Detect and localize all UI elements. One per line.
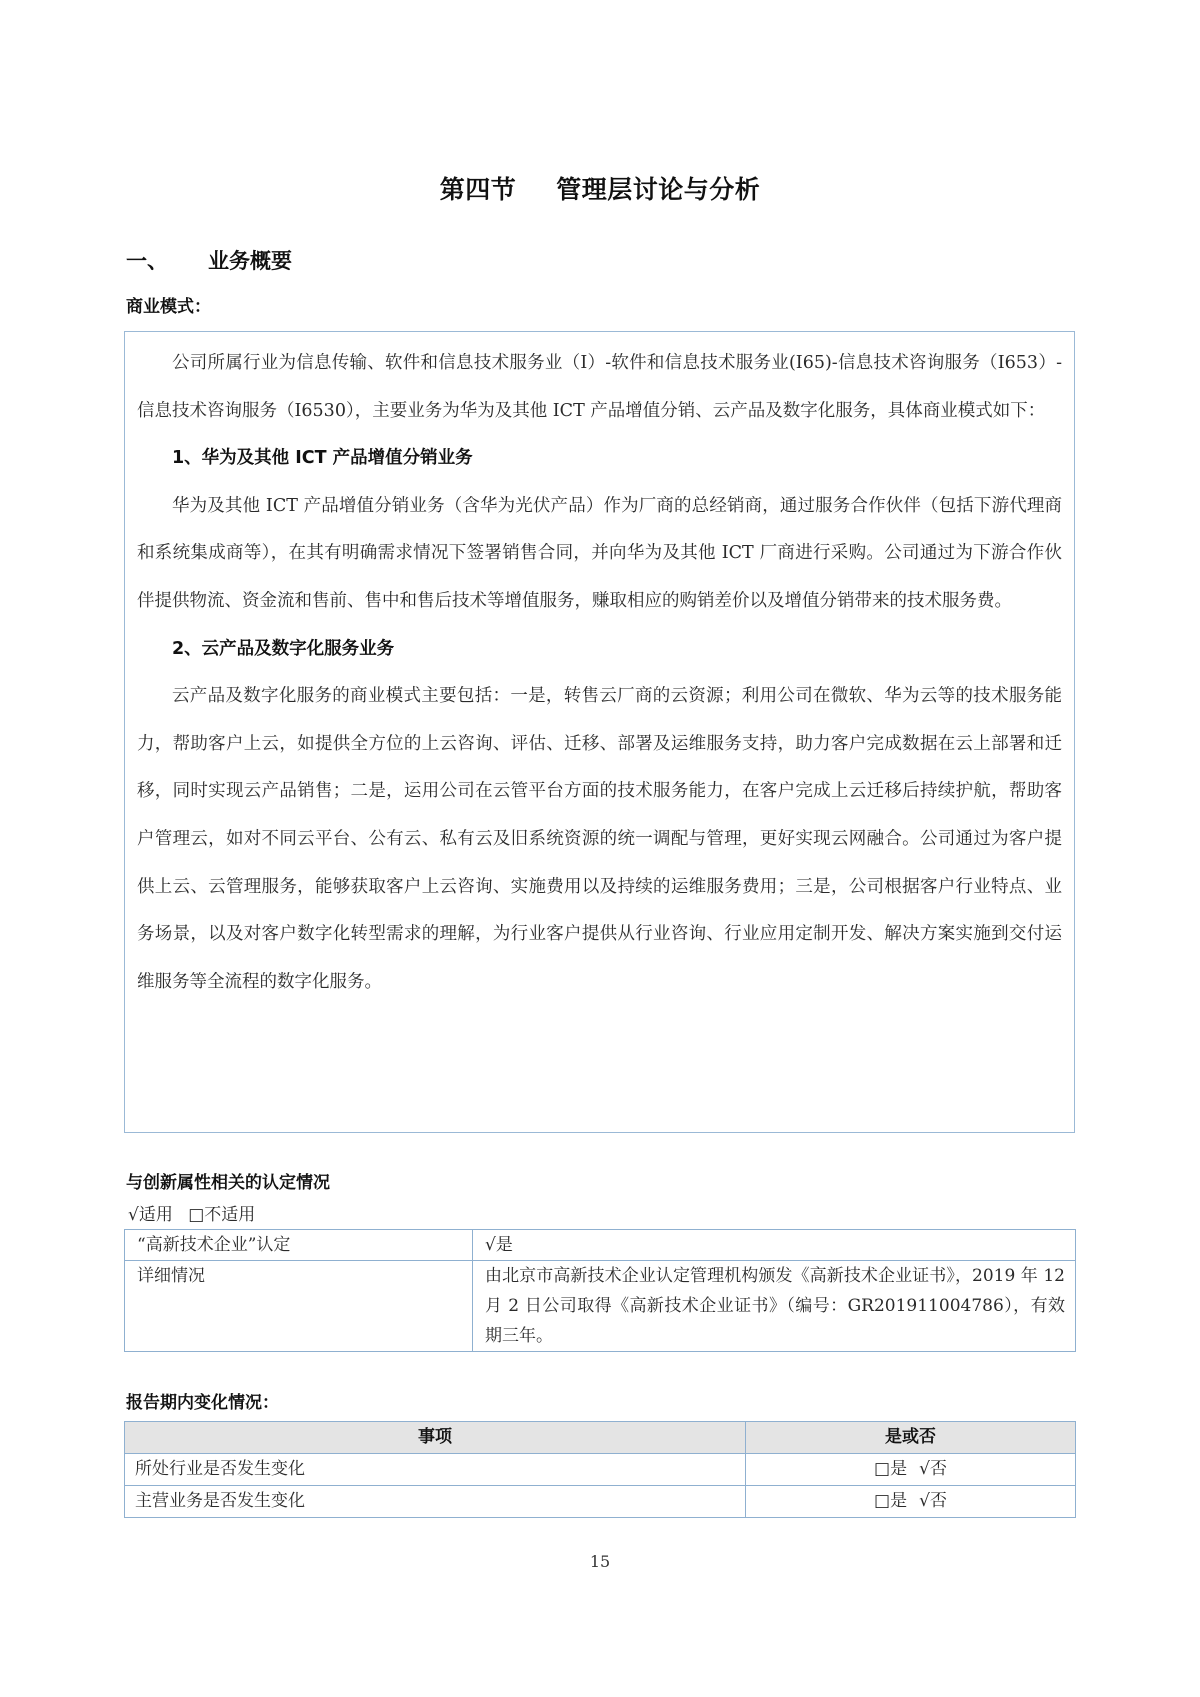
cert-row-value: 由北京市高新技术企业认定管理机构颁发《高新技术企业证书》，2019 年 12 月… [473, 1261, 1076, 1352]
table-row: 详细情况 由北京市高新技术企业认定管理机构颁发《高新技术企业证书》，2019 年… [125, 1261, 1076, 1352]
business-model-label: 商业模式： [126, 292, 211, 317]
yes-checkbox: □是 [874, 1491, 907, 1511]
distribution-paragraph: 华为及其他 ICT 产品增值分销业务（含华为光伏产品）作为厂商的总经销商，通过服… [137, 483, 1062, 626]
cert-row-label: “高新技术企业”认定 [125, 1230, 473, 1261]
applicability-checks: √适用 □不适用 [128, 1200, 265, 1225]
changes-table: 事项 是或否 所处行业是否发生变化 □是√否 主营业务是否发生变化 □是√否 [124, 1421, 1076, 1518]
row-item: 所处行业是否发生变化 [125, 1454, 746, 1486]
section-heading: 一、业务概要 [126, 245, 292, 275]
column-header-item: 事项 [125, 1422, 746, 1454]
no-checkbox: √否 [919, 1459, 947, 1479]
section-heading-number: 一、 [126, 245, 208, 275]
row-item: 主营业务是否发生变化 [125, 1486, 746, 1518]
row-value: □是√否 [746, 1486, 1076, 1518]
row-value: □是√否 [746, 1454, 1076, 1486]
section-number-label: 第四节 [440, 175, 517, 204]
intro-paragraph: 公司所属行业为信息传输、软件和信息技术服务业（I）-软件和信息技术服务业(I65… [137, 340, 1062, 435]
table-header-row: 事项 是或否 [125, 1422, 1076, 1454]
not-applicable-checkbox: □不适用 [188, 1205, 255, 1225]
section-heading-text: 业务概要 [208, 249, 292, 273]
business-model-box: 公司所属行业为信息传输、软件和信息技术服务业（I）-软件和信息技术服务业(I65… [124, 331, 1075, 1133]
certification-table: “高新技术企业”认定 √是 详细情况 由北京市高新技术企业认定管理机构颁发《高新… [124, 1229, 1076, 1352]
page-number: 15 [0, 1552, 1200, 1571]
item-title-cloud: 2、云产品及数字化服务业务 [137, 626, 1062, 674]
cloud-paragraph: 云产品及数字化服务的商业模式主要包括：一是，转售云厂商的云资源；利用公司在微软、… [137, 673, 1062, 1006]
applicable-checkbox: √适用 [128, 1205, 173, 1225]
yes-checkbox: □是 [874, 1459, 907, 1479]
page-title: 第四节管理层讨论与分析 [0, 170, 1200, 206]
no-checkbox: √否 [919, 1491, 947, 1511]
table-row: 所处行业是否发生变化 □是√否 [125, 1454, 1076, 1486]
cert-row-value: √是 [473, 1230, 1076, 1261]
table-row: 主营业务是否发生变化 □是√否 [125, 1486, 1076, 1518]
column-header-yes-no: 是或否 [746, 1422, 1076, 1454]
cert-row-label: 详细情况 [125, 1261, 473, 1352]
section-title-label: 管理层讨论与分析 [556, 175, 760, 204]
innovation-label: 与创新属性相关的认定情况 [126, 1168, 330, 1193]
changes-label: 报告期内变化情况： [126, 1388, 279, 1413]
item-title-distribution: 1、华为及其他 ICT 产品增值分销业务 [137, 435, 1062, 483]
table-row: “高新技术企业”认定 √是 [125, 1230, 1076, 1261]
